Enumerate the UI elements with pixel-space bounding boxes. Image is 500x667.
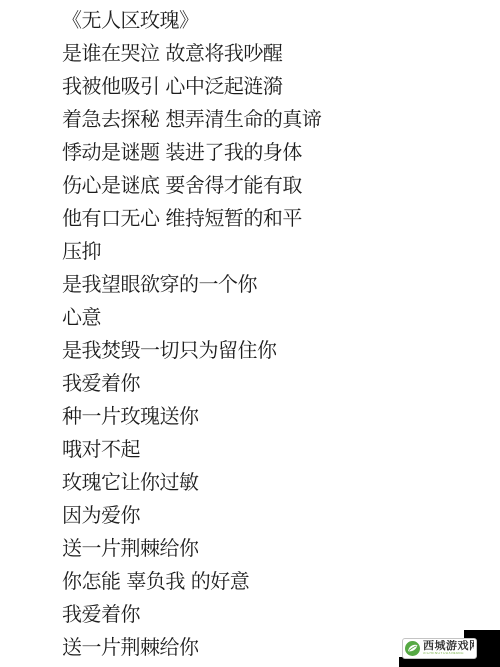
watermark-badge: 西城游戏网 XICHENGYOUXIWANG [402, 638, 477, 659]
lyrics-page: 《无人区玫瑰》 是谁在哭泣 故意将我吵醒 我被他吸引 心中泛起涟漪 着急去探秘 … [0, 0, 500, 667]
watermark-site-name: 西城游戏网 [423, 640, 474, 652]
lyrics-container: 《无人区玫瑰》 是谁在哭泣 故意将我吵醒 我被他吸引 心中泛起涟漪 着急去探秘 … [62, 4, 321, 664]
lyric-line: 伤心是谜底 要舍得才能有取 [62, 169, 321, 202]
lyric-line: 悸动是谜题 装进了我的身体 [62, 136, 321, 169]
lyric-line: 着急去探秘 想弄清生命的真谛 [62, 103, 321, 136]
lyric-line: 是我焚毁一切只为留住你 [62, 334, 321, 367]
lyric-line: 哦对不起 [62, 433, 321, 466]
site-logo-leaf-icon [405, 641, 420, 656]
lyric-line: 玫瑰它让你过敏 [62, 466, 321, 499]
lyric-line: 是谁在哭泣 故意将我吵醒 [62, 37, 321, 70]
lyric-line: 送一片荆棘给你 [62, 532, 321, 565]
lyric-line: 他有口无心 维持短暂的和平 [62, 202, 321, 235]
lyric-line: 我被他吸引 心中泛起涟漪 [62, 70, 321, 103]
lyric-line: 你怎能 辜负我 的好意 [62, 565, 321, 598]
watermark-caption: XICHENGYOUXIWANG [423, 652, 451, 655]
lyric-line: 我爱着你 [62, 367, 321, 400]
lyric-line: 是我望眼欲穿的一个你 [62, 268, 321, 301]
lyric-line: 因为爱你 [62, 499, 321, 532]
lyric-line: 种一片玫瑰送你 [62, 400, 321, 433]
song-title: 《无人区玫瑰》 [62, 4, 321, 37]
lyric-line: 送一片荆棘给你 [62, 631, 321, 664]
lyric-line: 心意 [62, 301, 321, 334]
lyric-line: 压抑 [62, 235, 321, 268]
lyric-line: 我爱着你 [62, 598, 321, 631]
